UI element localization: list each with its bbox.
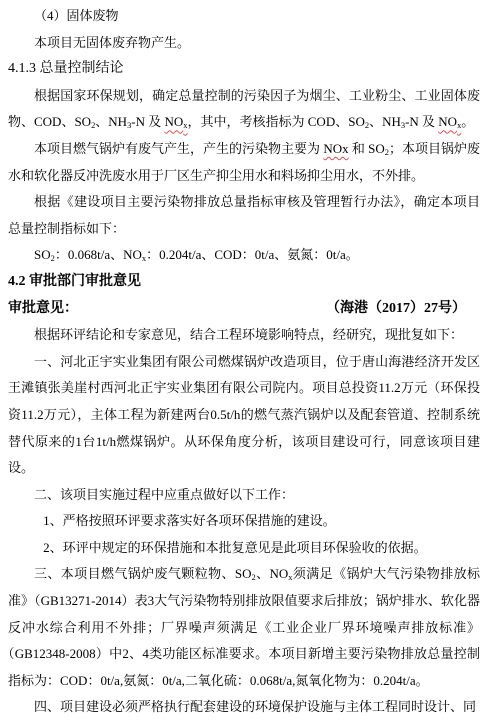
text-run: 4.2 审批部门审批意见 xyxy=(8,274,141,289)
para-total-control-values: SO2：0.068t/a、NOx：0.204t/a、COD：0t/a、氨氮：0t… xyxy=(8,242,480,269)
approval-opinion-line: 审批意见：（海港（2017）27号） xyxy=(8,296,480,323)
text-run: 根据环评结论和专家意见，结合工程环境影响特点，经研究，现批复如下： xyxy=(34,327,463,342)
text-run: 。 xyxy=(461,114,474,129)
text-run: 三、本项目燃气锅炉废气颗粒物、SO xyxy=(34,566,252,581)
para-item-3-standards: 三、本项目燃气锅炉废气颗粒物、SO2、NOx须满足《锅炉大气污染物排放标准》（G… xyxy=(8,561,480,694)
text-run: ：0.068t/a、NO xyxy=(55,247,142,262)
para-boiler-emissions: 本项目燃气锅炉有废气产生，产生的污染物主要为 NOx 和 SO2；本项目锅炉废水… xyxy=(8,136,480,189)
approval-doc-number: （海港（2017）27号） xyxy=(326,296,466,323)
text-run: 和 SO xyxy=(349,141,385,156)
para-item-2-2: 2、环评中规定的环保措施和本批复意见是此项目环保验收的依据。 xyxy=(8,535,480,562)
text-run: 4.1.3 总量控制结论 xyxy=(8,61,124,76)
section-heading-4-2: 4.2 审批部门审批意见 xyxy=(8,269,480,296)
para-total-control-factors: 根据国家环保规划，确定总量控制的污染因子为烟尘、工业粉尘、工业固体废物、COD、… xyxy=(8,83,480,136)
text-run: 一、河北正宇实业集团有限公司燃煤锅炉改造项目，位于唐山海港经济开发区王滩镇张美崖… xyxy=(8,354,480,475)
text-run: （GB13271-2014） xyxy=(34,593,135,608)
spellcheck-flagged-term: NOx xyxy=(323,141,348,156)
approval-opinion-label: 审批意见： xyxy=(8,296,78,323)
text-run: -N 及 xyxy=(131,114,164,129)
text-run: 二、该项目实施过程中应重点做好以下工作： xyxy=(34,487,294,502)
section-heading-4-1-3: 4.1.3 总量控制结论 xyxy=(8,56,480,83)
text-run: -N 及 xyxy=(405,114,438,129)
text-run: 根据《建设项目主要污染物排放总量指标审核及管理暂行办法》，确定本项目总量控制指标… xyxy=(8,194,480,236)
text-run: ，其中，考核指标为 COD、SO xyxy=(188,114,365,129)
text-run: 四、项目建设必须严格执行配套建设的环境保护设施与主体工程同时设计、同 xyxy=(34,699,476,714)
spellcheck-flagged-term: NO xyxy=(438,114,457,129)
spellcheck-flagged-term: NO xyxy=(165,114,184,129)
list-item-4-solid-waste: （4）固体废物 xyxy=(8,3,480,30)
text-run: （4）固体废物 xyxy=(34,8,119,23)
text-run: SO xyxy=(34,247,51,262)
text-run: 2、环评中规定的环保措施和本批复意见是此项目环保验收的依据。 xyxy=(43,540,427,555)
text-run: （海港（2017）27号） xyxy=(326,301,466,316)
text-run: 本项目无固体废弃物产生。 xyxy=(34,35,190,50)
text-run: 本项目燃气锅炉有废气产生，产生的污染物主要为 xyxy=(34,141,323,156)
document-page: （4）固体废物本项目无固体废弃物产生。4.1.3 总量控制结论根据国家环保规划，… xyxy=(0,0,492,724)
para-no-solid-waste: 本项目无固体废弃物产生。 xyxy=(8,30,480,57)
para-total-control-basis: 根据《建设项目主要污染物排放总量指标审核及管理暂行办法》，确定本项目总量控制指标… xyxy=(8,189,480,242)
para-item-4-simultaneous: 四、项目建设必须严格执行配套建设的环境保护设施与主体工程同时设计、同 xyxy=(8,694,480,721)
text-run: 、NO xyxy=(256,566,289,581)
text-run: ：0.204t/a、COD：0t/a、氨氮：0t/a。 xyxy=(146,247,359,262)
para-item-2-1: 1、严格按照环评要求落实好各项环保措施的建设。 xyxy=(8,508,480,535)
text-run: 、NH xyxy=(95,114,127,129)
text-run: 1、严格按照环评要求落实好各项环保措施的建设。 xyxy=(43,513,336,528)
para-approval-intro: 根据环评结论和专家意见，结合工程环境影响特点，经研究，现批复如下： xyxy=(8,322,480,349)
text-run: 审批意见： xyxy=(8,301,78,316)
para-item-2-implementation: 二、该项目实施过程中应重点做好以下工作： xyxy=(8,482,480,509)
para-item-1-project-overview: 一、河北正宇实业集团有限公司燃煤锅炉改造项目，位于唐山海港经济开发区王滩镇张美崖… xyxy=(8,349,480,482)
text-run: （GB12348-2008） xyxy=(8,646,109,661)
text-run: 、NH xyxy=(369,114,401,129)
